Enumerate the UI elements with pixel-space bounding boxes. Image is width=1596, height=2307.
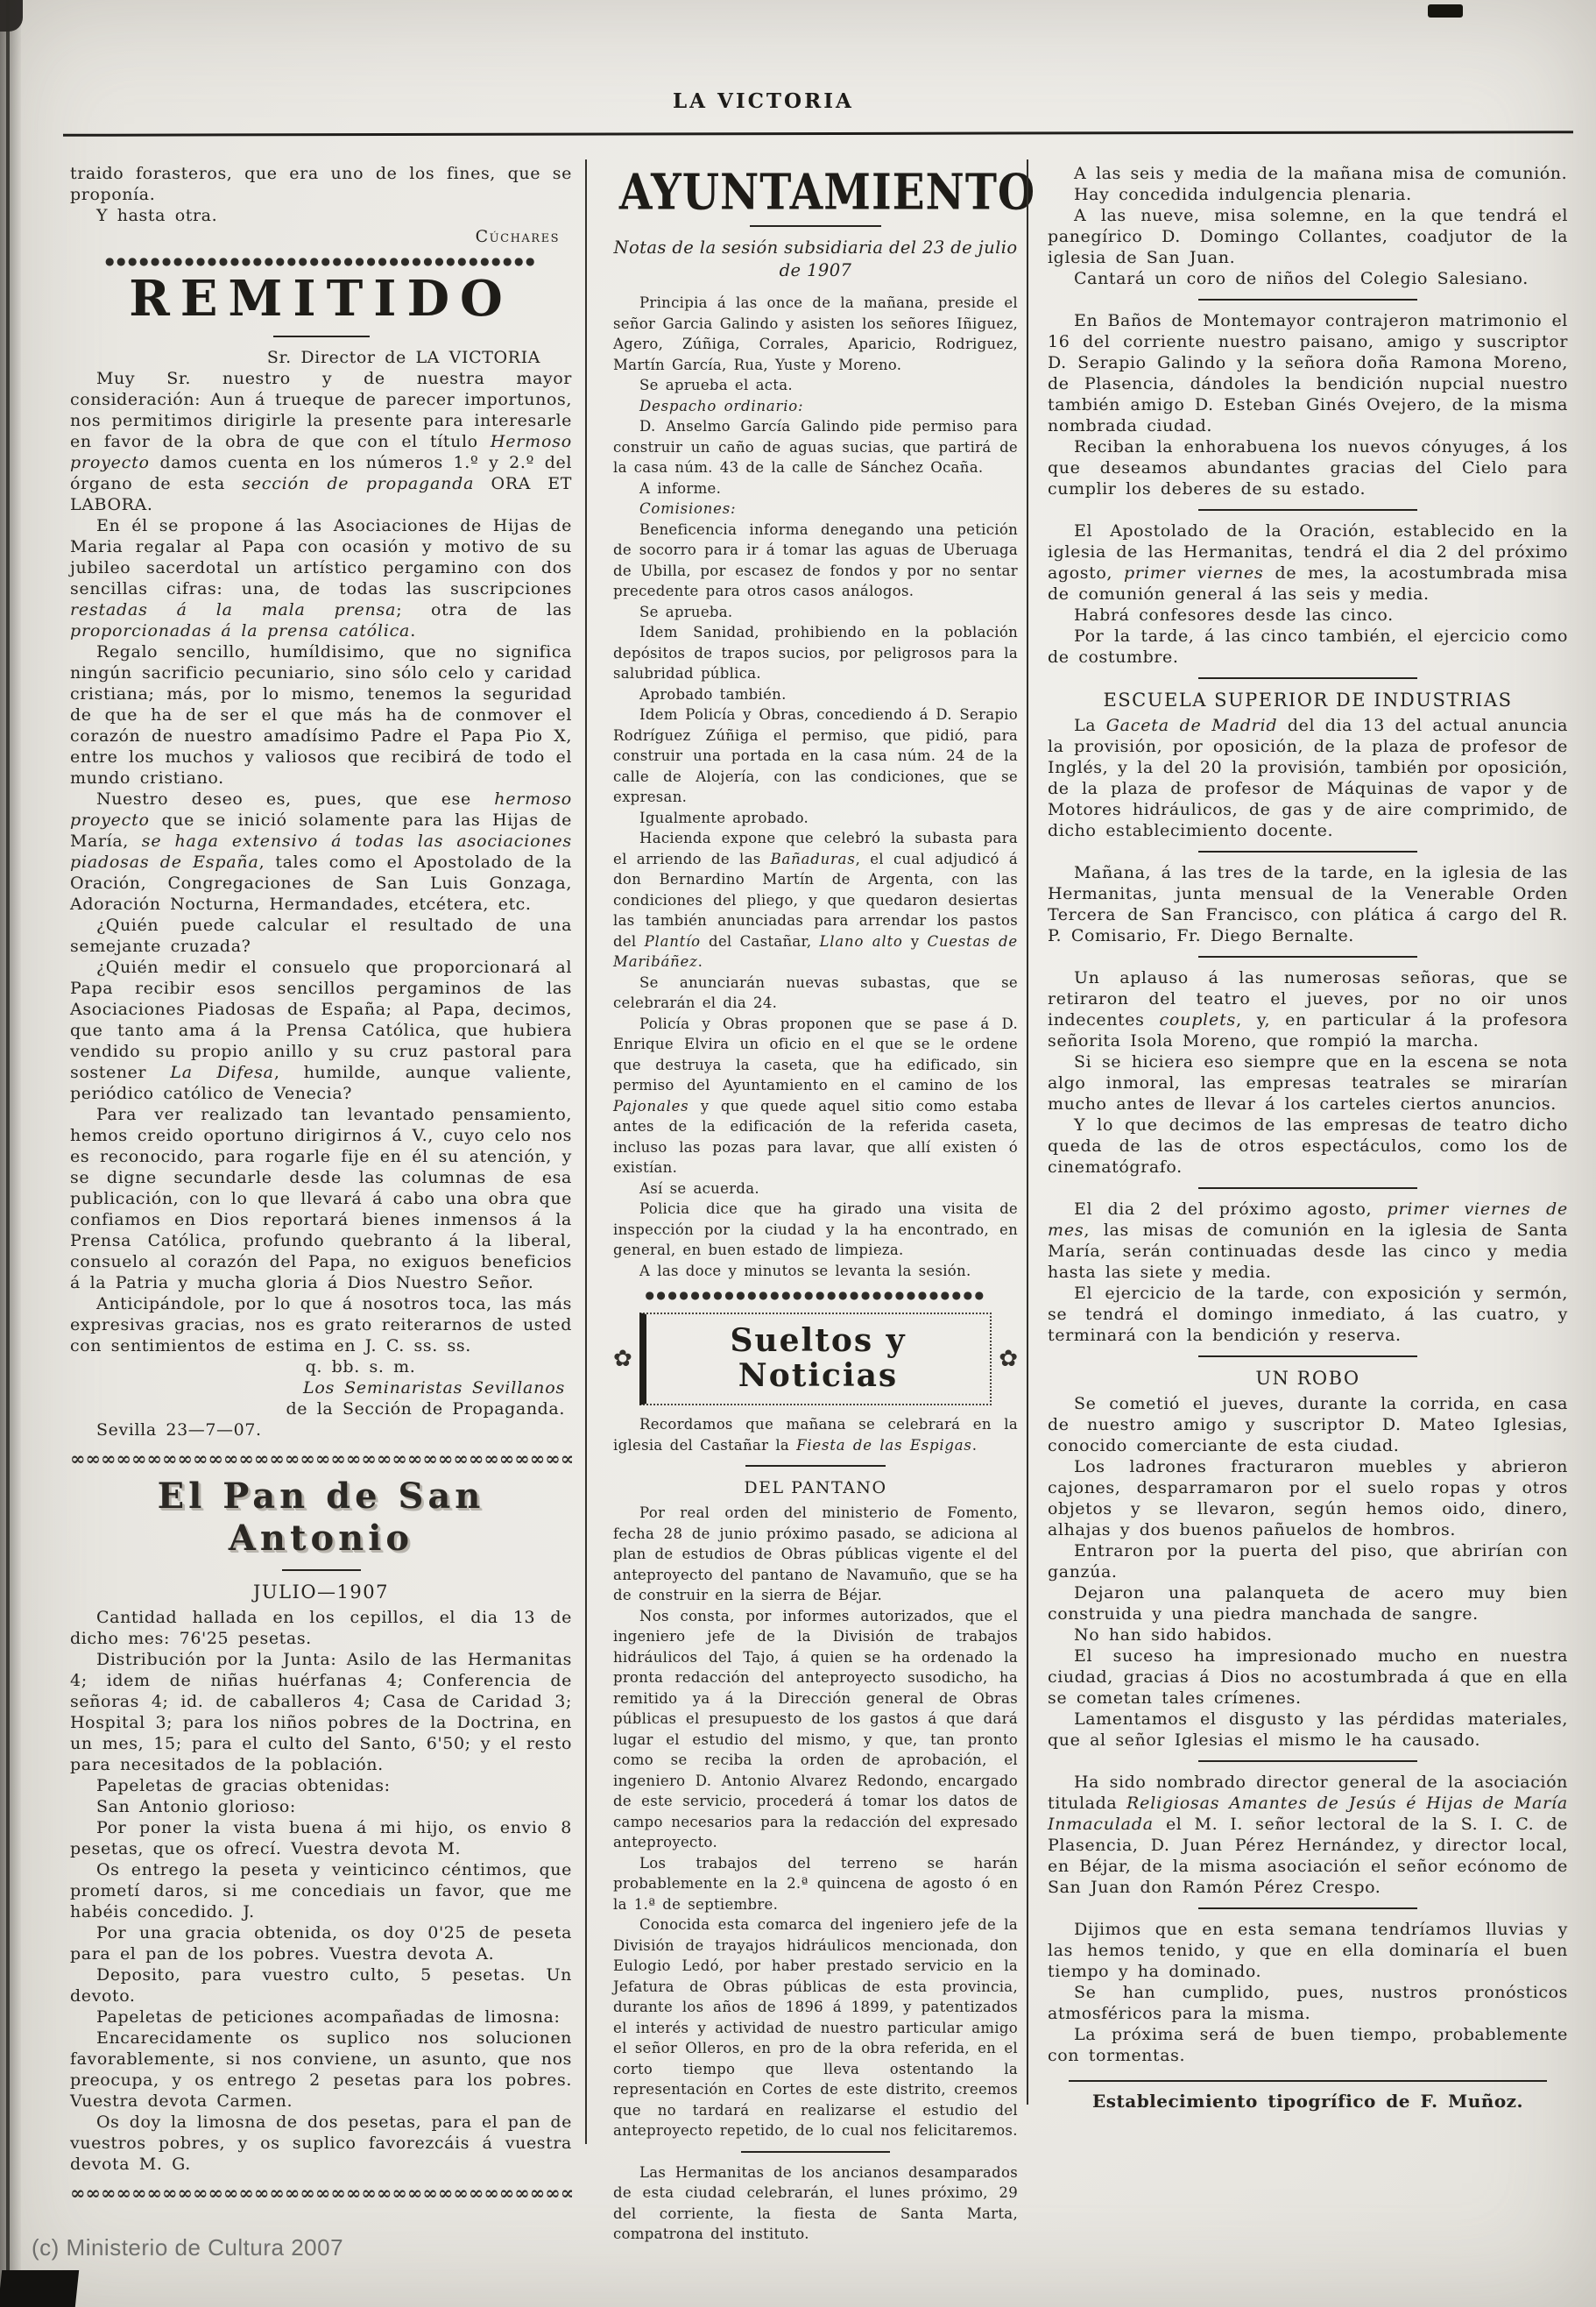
paragraph: La Gaceta de Madrid del dia 13 del actua… [1048,715,1568,841]
scan-artifact-bottom-left [0,2270,79,2307]
paragraph: ¿Quién medir el consuelo que proporciona… [70,957,572,1104]
paragraph: Conocida esta comarca del ingeniero jefe… [613,1914,1018,2141]
paragraph: Por la tarde, á las cinco también, el ej… [1048,626,1568,668]
paragraph: Os entrego la peseta y veinticinco cénti… [70,1859,572,1922]
paragraph: Policia dice que ha girado una visita de… [613,1199,1018,1261]
paragraph: Los trabajos del terreno se harán probab… [613,1853,1018,1915]
right-aligned-line: Los Seminaristas Sevillanos [70,1377,572,1398]
paragraph: Encarecidamente os suplico nos solucione… [70,2027,572,2112]
paragraph: Así se acuerda. [613,1178,1018,1199]
paragraph: Se han cumplido, pues, nustros pronóstic… [1048,1982,1568,2024]
ornament-flower-icon: ✿ [613,1346,632,1372]
paragraph: El suceso ha impresionado mucho en nuest… [1048,1645,1568,1709]
paragraph: El ejercicio de la tarde, con exposición… [1048,1283,1568,1346]
paragraph: Nos consta, por informes autorizados, qu… [613,1606,1018,1853]
paragraph: A las nueve, misa solemne, en la que ten… [1048,205,1568,268]
paragraph: Y lo que decimos de las empresas de teat… [1048,1115,1568,1178]
ornament-bead-row: ●●●●●●●●●●●●●●●●●●●●●●●●●●●●●● [613,1288,1018,1302]
paragraph: Os doy la limosna de dos pesetas, para e… [70,2112,572,2175]
paragraph: Idem Policía y Obras, concediendo á D. S… [613,704,1018,808]
column-left: traido forasteros, que era uno de los fi… [70,163,572,2204]
section-subhead: UN ROBO [1048,1367,1568,1390]
separator-rule [273,336,370,337]
headline-el-pan-de-san-antonio: El Pan de San Antonio [70,1475,572,1560]
ornament-chain-row: ∞∞∞∞∞∞∞∞∞∞∞∞∞∞∞∞∞∞∞∞∞∞∞∞∞∞∞∞∞∞∞∞∞∞ [70,2183,572,2203]
paragraph: Para ver realizado tan levantado pensami… [70,1104,572,1293]
paragraph: Distribución por la Junta: Asilo de las … [70,1649,572,1775]
paragraph: Deposito, para vuestro culto, 5 pesetas.… [70,1964,572,2006]
paragraph: D. Anselmo García Galindo pide permiso p… [613,416,1018,478]
scan-edge-shade [0,0,21,2307]
right-aligned-line: de la Sección de Propaganda. [70,1398,572,1419]
column-right: A las seis y media de la mañana misa de … [1048,163,1568,2112]
scan-artifact-top-right [1428,4,1463,18]
scan-edge-line [6,0,10,2307]
column-middle: AYUNTAMIENTONotas de la sesión subsidiar… [613,163,1018,2245]
separator-rule [1198,956,1417,958]
paragraph: ¿Quién puede calcular el resultado de un… [70,915,572,957]
paragraph: Los ladrones fracturaron muebles y abrie… [1048,1456,1568,1540]
paragraph: Anticipándole, por lo que á nosotros toc… [70,1293,572,1356]
paragraph: Dijimos que en esta semana tendríamos ll… [1048,1919,1568,1982]
paragraph: Regalo sencillo, humíldisimo, que no sig… [70,641,572,789]
separator-rule [1198,677,1417,679]
section-subhead: ESCUELA SUPERIOR DE INDUSTRIAS [1048,689,1568,711]
paragraph: Un aplauso á las numerosas señoras, que … [1048,967,1568,1051]
column-divider-2 [1027,159,1028,2105]
salutation-line: Sr. Director de LA VICTORIA [70,347,572,368]
paragraph: Reciban la enhorabuena los nuevos cónyug… [1048,436,1568,499]
ornament-flower-icon: ✿ [999,1346,1018,1372]
paragraph: Nuestro deseo es, pues, que ese hermoso … [70,789,572,915]
paragraph: Despacho ordinario: [613,396,1018,417]
paragraph: En Baños de Montemayor contrajeron matri… [1048,310,1568,436]
separator-rule [750,225,881,227]
separator-rule [1198,1760,1417,1762]
paragraph: Recordamos que mañana se celebrará en la… [613,1414,1018,1455]
paragraph: En él se propone á las Asociaciones de H… [70,515,572,641]
headline-ayuntamiento: AYUNTAMIENTO [619,163,1012,222]
paragraph: Se aprueba. [613,602,1018,623]
paragraph: San Antonio glorioso: [70,1796,572,1817]
paragraph: Mañana, á las tres de la tarde, en la ig… [1048,862,1568,946]
paragraph: Las Hermanitas de los ancianos desampara… [613,2162,1018,2245]
paragraph: Beneficencia informa denegando una petic… [613,520,1018,602]
paragraph: Sevilla 23—7—07. [70,1419,572,1440]
section-subhead: DEL PANTANO [613,1476,1018,1499]
paragraph: Muy Sr. nuestro y de nuestra mayor consi… [70,368,572,515]
section-subhead: JULIO—1907 [70,1581,572,1603]
ornament-chain-row: ∞∞∞∞∞∞∞∞∞∞∞∞∞∞∞∞∞∞∞∞∞∞∞∞∞∞∞∞∞∞∞∞∞∞ [70,1449,572,1468]
paragraph: La próxima será de buen tiempo, probable… [1048,2024,1568,2066]
ornament-bead-row: ●●●●●●●●●●●●●●●●●●●●●●●●●●●●●●●●●●●●●● [70,254,572,268]
paragraph: Cantidad hallada en los cepillos, el dia… [70,1607,572,1649]
paragraph: traido forasteros, que era uno de los fi… [70,163,572,205]
paragraph: Ha sido nombrado director general de la … [1048,1772,1568,1898]
paragraph: A informe. [613,478,1018,499]
signature: Cúchares [70,226,572,247]
separator-rule [1198,851,1417,853]
separator-rule [1198,299,1417,301]
paragraph: Principia á las once de la mañana, presi… [613,293,1018,375]
headline-sueltos-y-noticias: ✿Sueltos y Noticias✿ [613,1313,1018,1405]
paragraph: Entraron por la puerta del piso, que abr… [1048,1540,1568,1582]
paragraph: Igualmente aprobado. [613,808,1018,829]
footer-credit: (c) Ministerio de Cultura 2007 [32,2234,343,2261]
paragraph: Lamentamos el disgusto y las pérdidas ma… [1048,1709,1568,1751]
column-divider-1 [585,159,587,2144]
paragraph: Se aprueba el acta. [613,375,1018,396]
masthead-rule [63,131,1573,137]
paragraph: Policía y Obras proponen que se pase á D… [613,1014,1018,1178]
printer-imprint: Establecimiento tipogrífico de F. Muñoz. [1048,2091,1568,2112]
paragraph: No han sido habidos. [1048,1624,1568,1645]
paragraph: Y hasta otra. [70,205,572,226]
boxed-headline-text: Sueltos y Noticias [639,1313,992,1405]
paragraph: Se anunciarán nuevas subastas, que se ce… [613,973,1018,1014]
separator-rule [282,1569,361,1571]
paragraph: Comisiones: [613,499,1018,520]
separator-rule [745,1465,886,1467]
separator-rule [1198,509,1417,511]
paragraph: Hay concedida indulgencia plenaria. [1048,184,1568,205]
paragraph: Aprobado también. [613,684,1018,705]
paragraph: El Apostolado de la Oración, establecido… [1048,520,1568,605]
paragraph: Papeletas de gracias obtenidas: [70,1775,572,1796]
paragraph: Hacienda expone que celebró la subasta p… [613,828,1018,973]
separator-rule [1198,1907,1417,1909]
separator-rule [741,2151,890,2153]
paragraph: Idem Sanidad, prohibiendo en la població… [613,622,1018,684]
paragraph: Dejaron una palanqueta de acero muy bien… [1048,1582,1568,1624]
masthead-title: LA VICTORIA [673,89,854,113]
paragraph: Papeletas de peticiones acompañadas de l… [70,2006,572,2027]
paragraph: Por una gracia obtenida, os doy 0'25 de … [70,1922,572,1964]
article-subtitle: Notas de la sesión subsidiaria del 23 de… [613,237,1018,282]
paragraph: El dia 2 del próximo agosto, primer vier… [1048,1199,1568,1283]
newspaper-page: LA VICTORIA traido forasteros, que era u… [0,0,1596,2307]
paragraph: A las seis y media de la mañana misa de … [1048,163,1568,184]
paragraph: Por real orden del ministerio de Fomento… [613,1503,1018,1606]
courtesy-formula: q. bb. s. m. [70,1356,572,1377]
separator-rule-wide [1069,2080,1547,2082]
paragraph: Por poner la vista buena á mi hijo, os e… [70,1817,572,1859]
paragraph: Si se hiciera eso siempre que en la esce… [1048,1051,1568,1115]
paragraph: A las doce y minutos se levanta la sesió… [613,1261,1018,1282]
paragraph: Cantará un coro de niños del Colegio Sal… [1048,268,1568,289]
paragraph: Habrá confesores desde las cinco. [1048,605,1568,626]
separator-rule [1198,1187,1417,1189]
paragraph: Se cometió el jueves, durante la corrida… [1048,1393,1568,1456]
headline-remitido: REMITIDO [70,272,572,326]
separator-rule [1198,1355,1417,1357]
